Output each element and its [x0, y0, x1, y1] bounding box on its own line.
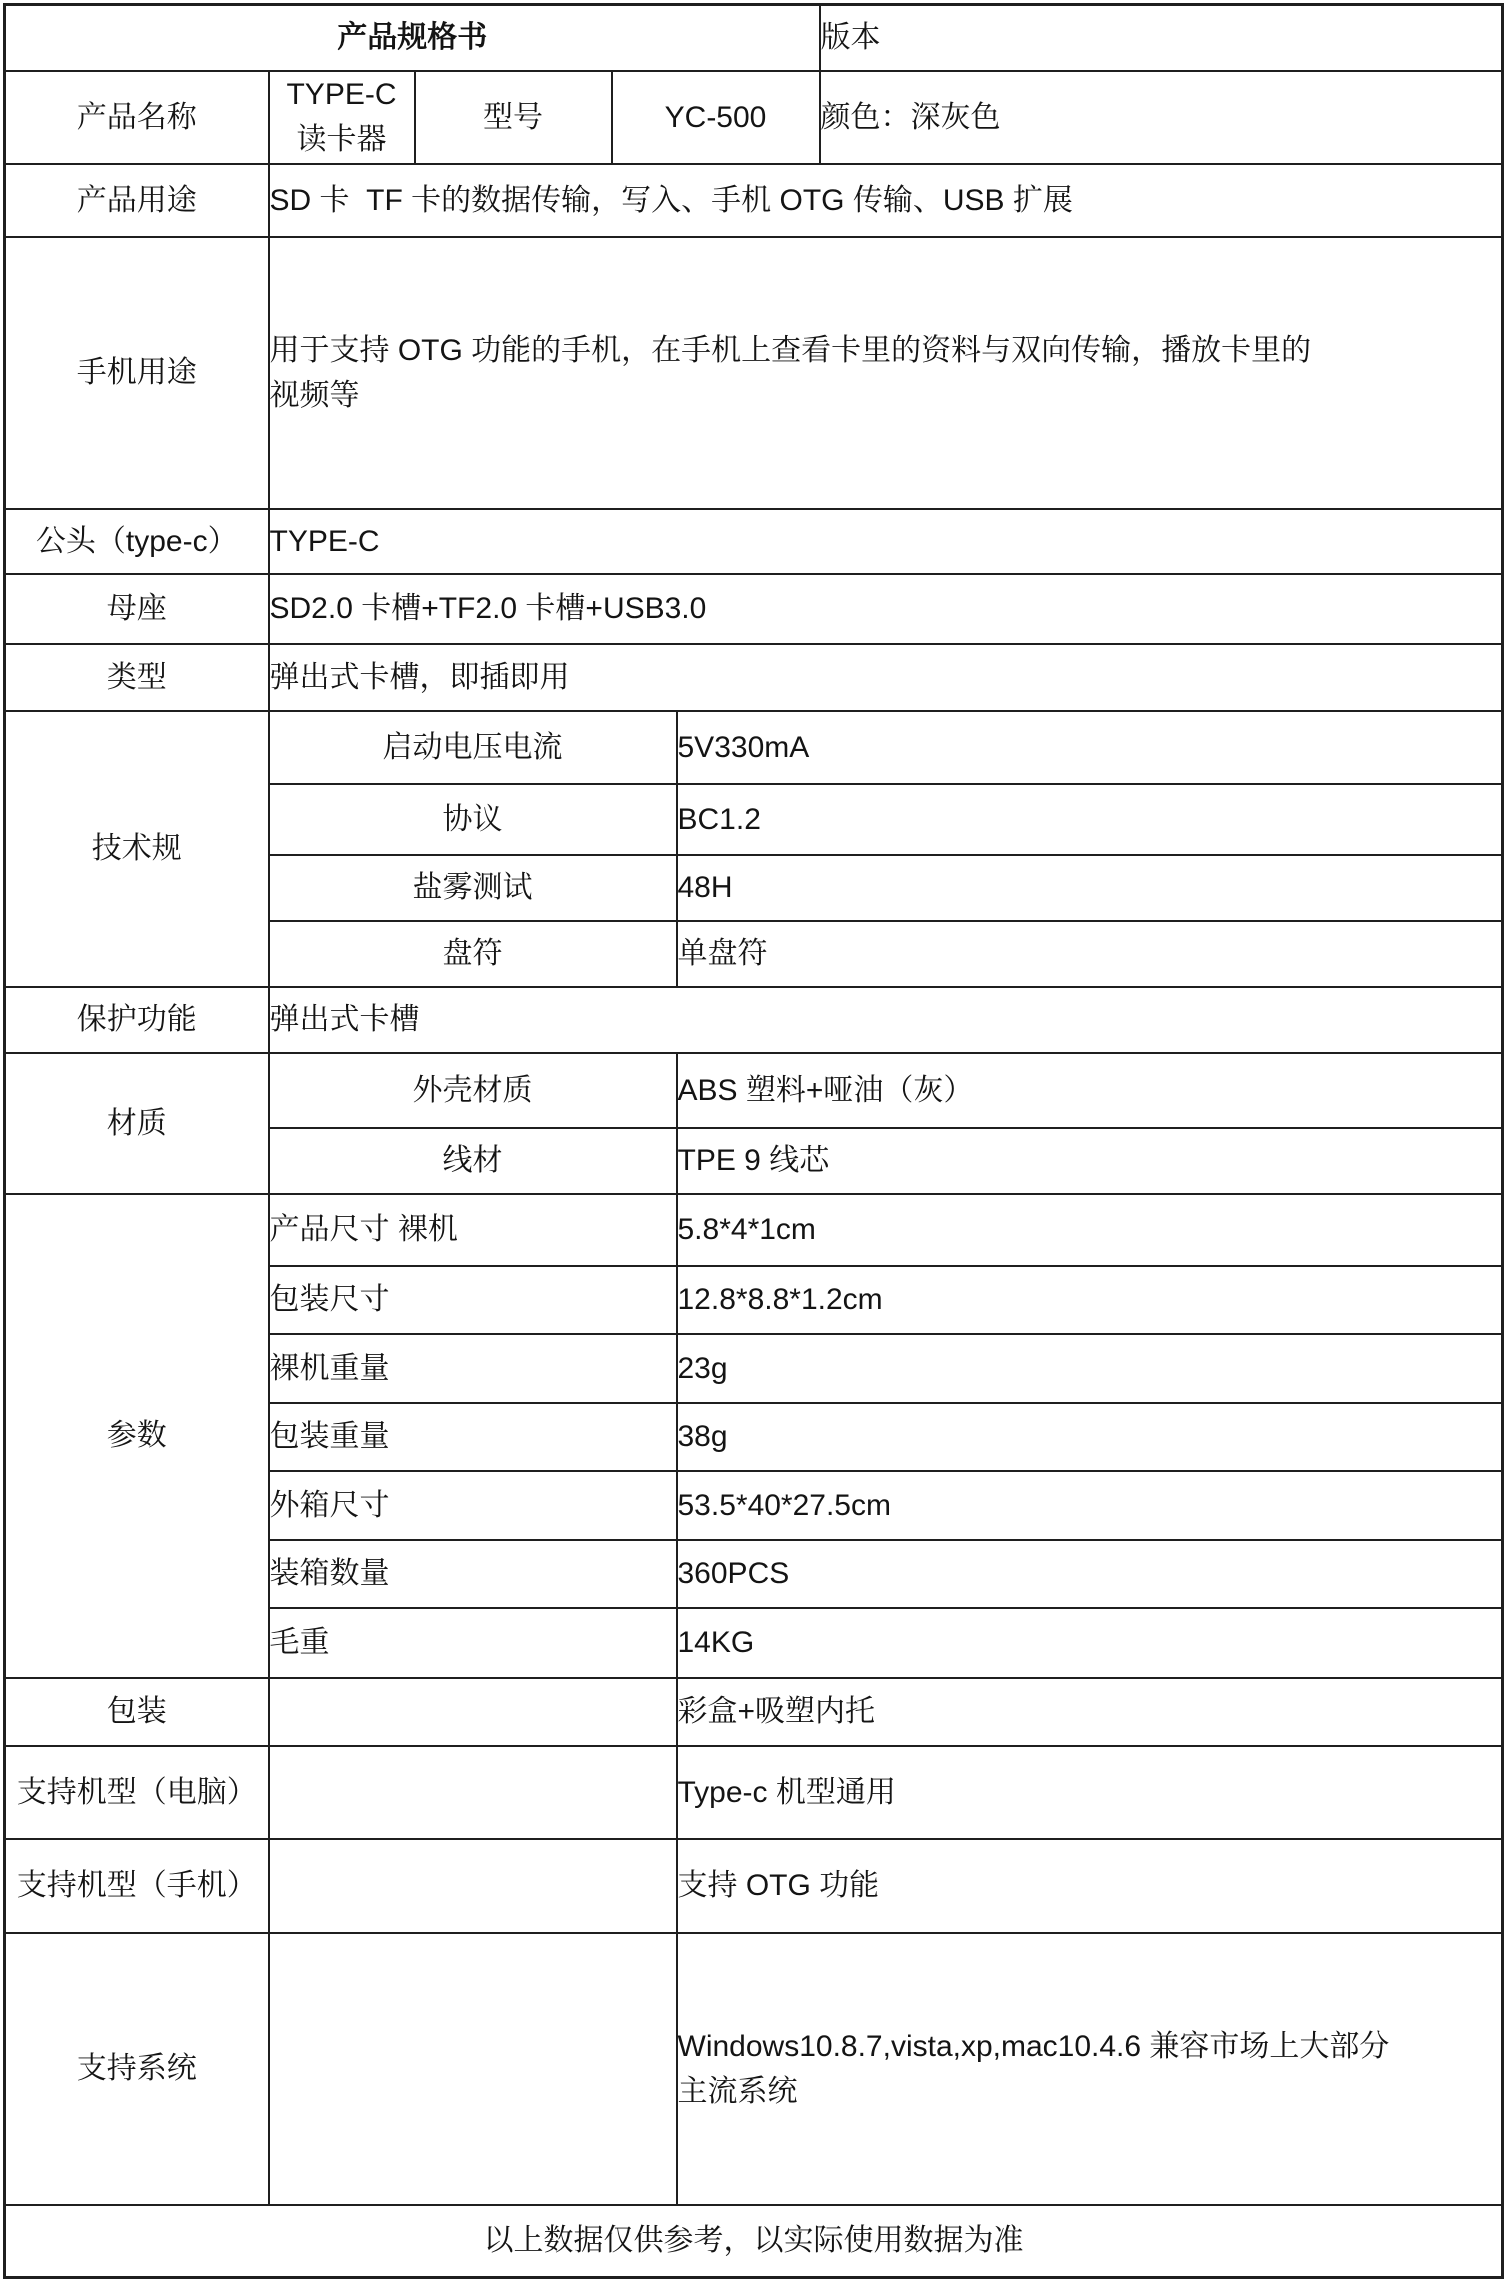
supported-systems-label: 支持系统	[5, 1933, 269, 2205]
tech-item-value: BC1.2	[677, 784, 1503, 855]
param-item-name: 包装尺寸	[269, 1266, 677, 1334]
table-row-supported-computers: 支持机型（电脑） Type-c 机型通用	[5, 1746, 1503, 1839]
spec-table: 产品规格书 版本 产品名称 TYPE-C 读卡器 型号 YC-500 颜色：深灰…	[3, 3, 1504, 2279]
table-row-packaging: 包装 彩盒+吸塑内托	[5, 1678, 1503, 1746]
table-row-usage: 产品用途 SD 卡 TF 卡的数据传输，写入、手机 OTG 传输、USB 扩展	[5, 164, 1503, 237]
param-item-name: 裸机重量	[269, 1334, 677, 1403]
table-row-supported-phones: 支持机型（手机） 支持 OTG 功能	[5, 1839, 1503, 1933]
param-item-name: 装箱数量	[269, 1540, 677, 1608]
table-row-param-1: 参数 产品尺寸 裸机 5.8*4*1cm	[5, 1194, 1503, 1266]
model-label: 型号	[415, 71, 612, 164]
param-item-value: 14KG	[677, 1608, 1503, 1678]
product-name-label: 产品名称	[5, 71, 269, 164]
male-plug-value: TYPE-C	[269, 509, 1503, 574]
param-item-value: 5.8*4*1cm	[677, 1194, 1503, 1266]
param-item-name: 毛重	[269, 1608, 677, 1678]
material-item-value: TPE 9 线芯	[677, 1128, 1503, 1194]
tech-spec-group-label: 技术规	[5, 711, 269, 987]
table-row-material-1: 材质 外壳材质 ABS 塑料+哑油（灰）	[5, 1053, 1503, 1128]
type-label: 类型	[5, 644, 269, 711]
table-row-type: 类型 弹出式卡槽，即插即用	[5, 644, 1503, 711]
phone-usage-value: 用于支持 OTG 功能的手机，在手机上查看卡里的资料与双向传输，播放卡里的视频等	[269, 237, 1503, 509]
male-plug-label: 公头（type-c）	[5, 509, 269, 574]
empty-cell	[269, 1839, 677, 1933]
supported-systems-value: Windows10.8.7,vista,xp,mac10.4.6 兼容市场上大部…	[677, 1933, 1503, 2205]
material-item-name: 线材	[269, 1128, 677, 1194]
tech-item-value: 5V330mA	[677, 711, 1503, 784]
phone-usage-label: 手机用途	[5, 237, 269, 509]
tech-item-value: 48H	[677, 855, 1503, 921]
param-item-value: 12.8*8.8*1.2cm	[677, 1266, 1503, 1334]
usage-value: SD 卡 TF 卡的数据传输，写入、手机 OTG 传输、USB 扩展	[269, 164, 1503, 237]
tech-item-name: 协议	[269, 784, 677, 855]
material-group-label: 材质	[5, 1053, 269, 1194]
protection-value: 弹出式卡槽	[269, 987, 1503, 1053]
protection-label: 保护功能	[5, 987, 269, 1053]
tech-item-name: 盘符	[269, 921, 677, 987]
params-group-label: 参数	[5, 1194, 269, 1678]
table-row-supported-systems: 支持系统 Windows10.8.7,vista,xp,mac10.4.6 兼容…	[5, 1933, 1503, 2205]
param-item-value: 23g	[677, 1334, 1503, 1403]
table-row-protection: 保护功能 弹出式卡槽	[5, 987, 1503, 1053]
female-socket-label: 母座	[5, 574, 269, 644]
female-socket-value: SD2.0 卡槽+TF2.0 卡槽+USB3.0	[269, 574, 1503, 644]
material-item-name: 外壳材质	[269, 1053, 677, 1128]
table-row-female-socket: 母座 SD2.0 卡槽+TF2.0 卡槽+USB3.0	[5, 574, 1503, 644]
packaging-value: 彩盒+吸塑内托	[677, 1678, 1503, 1746]
tech-item-name: 启动电压电流	[269, 711, 677, 784]
table-row-footer: 以上数据仅供参考，以实际使用数据为准	[5, 2205, 1503, 2278]
supported-phones-label: 支持机型（手机）	[5, 1839, 269, 1933]
param-item-name: 外箱尺寸	[269, 1471, 677, 1540]
param-item-name: 包装重量	[269, 1403, 677, 1471]
param-item-name: 产品尺寸 裸机	[269, 1194, 677, 1266]
type-value: 弹出式卡槽，即插即用	[269, 644, 1503, 711]
param-item-value: 360PCS	[677, 1540, 1503, 1608]
supported-computers-label: 支持机型（电脑）	[5, 1746, 269, 1839]
tech-item-name: 盐雾测试	[269, 855, 677, 921]
packaging-label: 包装	[5, 1678, 269, 1746]
model-value: YC-500	[612, 71, 820, 164]
footer-note: 以上数据仅供参考，以实际使用数据为准	[5, 2205, 1503, 2278]
param-item-value: 53.5*40*27.5cm	[677, 1471, 1503, 1540]
product-name-value: TYPE-C 读卡器	[269, 71, 415, 164]
table-row-product: 产品名称 TYPE-C 读卡器 型号 YC-500 颜色：深灰色	[5, 71, 1503, 164]
usage-label: 产品用途	[5, 164, 269, 237]
table-row-tech-1: 技术规 启动电压电流 5V330mA	[5, 711, 1503, 784]
table-row-male-plug: 公头（type-c） TYPE-C	[5, 509, 1503, 574]
page-title: 产品规格书	[5, 5, 820, 71]
table-row-phone-usage: 手机用途 用于支持 OTG 功能的手机，在手机上查看卡里的资料与双向传输，播放卡…	[5, 237, 1503, 509]
empty-cell	[269, 1933, 677, 2205]
material-item-value: ABS 塑料+哑油（灰）	[677, 1053, 1503, 1128]
phone-usage-text: 用于支持 OTG 功能的手机，在手机上查看卡里的资料与双向传输，播放卡里的视频等	[270, 328, 1325, 418]
tech-item-value: 单盘符	[677, 921, 1503, 987]
empty-cell	[269, 1678, 677, 1746]
param-item-value: 38g	[677, 1403, 1503, 1471]
color-value: 颜色：深灰色	[820, 71, 1503, 164]
table-row-header: 产品规格书 版本	[5, 5, 1503, 71]
supported-computers-value: Type-c 机型通用	[677, 1746, 1503, 1839]
version-label: 版本	[820, 5, 1503, 71]
empty-cell	[269, 1746, 677, 1839]
supported-systems-text: Windows10.8.7,vista,xp,mac10.4.6 兼容市场上大部…	[678, 2024, 1408, 2114]
supported-phones-value: 支持 OTG 功能	[677, 1839, 1503, 1933]
